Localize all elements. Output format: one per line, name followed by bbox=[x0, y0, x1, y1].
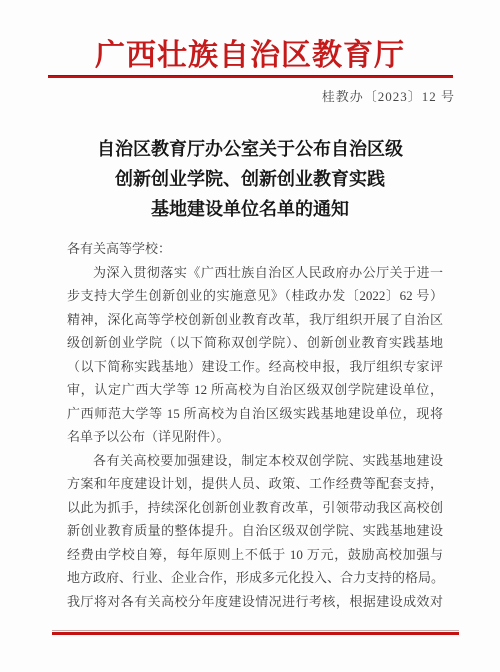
agency-name: 广西壮族自治区教育厅 bbox=[0, 0, 500, 72]
body-line: 级创新创业学院（以下简称双创学院）、创新创业教育实践基地 bbox=[67, 331, 443, 355]
document-page: 广西壮族自治区教育厅 桂教办〔2023〕12 号 自治区教育厅办公室关于公布自治… bbox=[0, 0, 500, 672]
body-line: 我厅将对各有关高校分年度建设情况进行考核，根据建设成效对 bbox=[67, 590, 443, 614]
footer-rule-hard-line bbox=[52, 632, 459, 635]
body-line: 以此为抓手，持续深化创新创业教育改革，引领带动我区高校创 bbox=[67, 496, 443, 520]
body-line: 精神，深化高等学校创新创业教育改革，我厅组织开展了自治区 bbox=[67, 308, 443, 332]
body-line: 经费由学校自筹，每年原则上不低于 10 万元，鼓励高校加强与 bbox=[67, 543, 443, 567]
body-line: 步支持大学生创新创业的实施意见》（桂政办发〔2022〕62 号） bbox=[67, 284, 443, 308]
body-line: 各有关高校要加强建设，制定本校双创学院、实践基地建设 bbox=[67, 449, 443, 473]
header-red-rule bbox=[48, 75, 453, 78]
body-line: 审，认定广西大学等 12 所高校为自治区级双创学院建设单位， bbox=[67, 378, 443, 402]
body-line: 各有关高等学校： bbox=[67, 237, 443, 261]
doc-number: 桂教办〔2023〕12 号 bbox=[0, 88, 500, 105]
body-line: 为深入贯彻落实《广西壮族自治区人民政府办公厅关于进一 bbox=[67, 261, 443, 285]
body-line: 方案和年度建设计划，提供人员、政策、工作经费等配套支持， bbox=[67, 472, 443, 496]
body-line: 地方政府、行业、企业合作，形成多元化投入、合力支持的格局。 bbox=[67, 566, 443, 590]
title-line: 基地建设单位名单的通知 bbox=[0, 194, 500, 224]
body-line: 新创业教育质量的整体提升。自治区级双创学院、实践基地建设 bbox=[67, 519, 443, 543]
title-line: 创新创业学院、创新创业教育实践 bbox=[0, 164, 500, 194]
footer-red-rule bbox=[52, 630, 459, 635]
footer-rule-soft-line bbox=[52, 630, 459, 631]
body-line: 广西师范大学等 15 所高校为自治区级实践基地建设单位，现将 bbox=[67, 402, 443, 426]
body-line: 名单予以公布（详见附件）。 bbox=[67, 425, 443, 449]
title-line: 自治区教育厅办公室关于公布自治区级 bbox=[0, 134, 500, 164]
body-line: （以下简称实践基地）建设工作。经高校申报，我厅组织专家评 bbox=[67, 355, 443, 379]
document-title: 自治区教育厅办公室关于公布自治区级 创新创业学院、创新创业教育实践 基地建设单位… bbox=[0, 134, 500, 224]
document-body: 各有关高等学校：为深入贯彻落实《广西壮族自治区人民政府办公厅关于进一步支持大学生… bbox=[67, 237, 443, 613]
